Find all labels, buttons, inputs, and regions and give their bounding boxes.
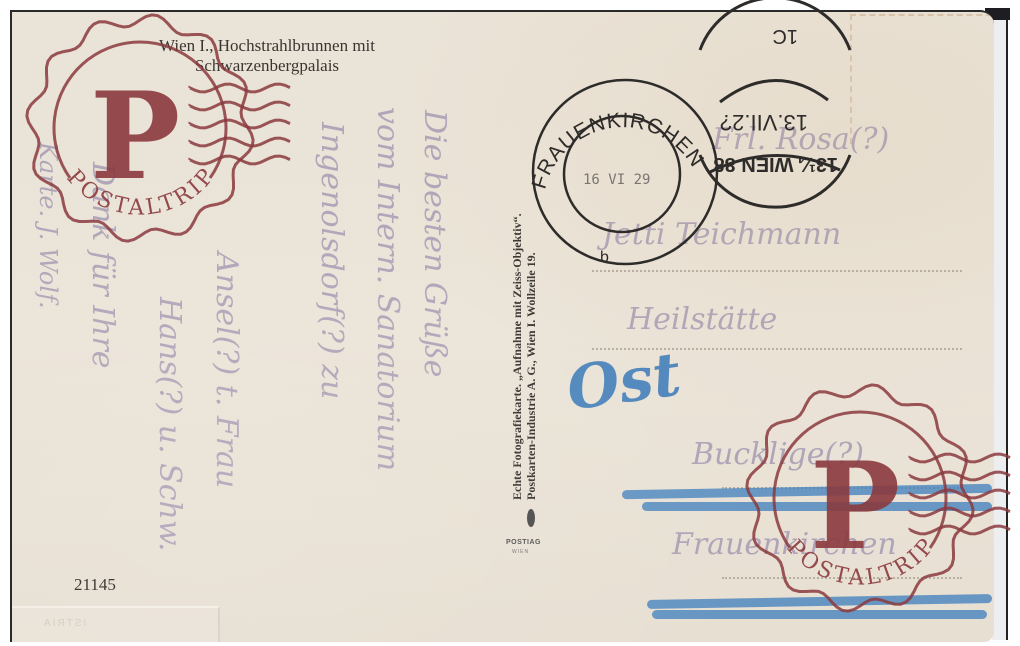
postmark-wien: 13.VII.2? 13¼ WIEN 88 1C bbox=[700, 0, 850, 207]
svg-text:P: P bbox=[90, 66, 180, 207]
svg-text:1C: 1C bbox=[772, 25, 798, 47]
logo-figure-icon bbox=[527, 509, 535, 527]
postmark-letter: b bbox=[600, 249, 609, 266]
stamps-overlay: FRAUENKIRCHEN 16 VI 29 b 13.VII.2? 13¼ W… bbox=[0, 0, 1020, 646]
svg-text:13¼ WIEN 88: 13¼ WIEN 88 bbox=[713, 153, 838, 175]
svg-text:P: P bbox=[810, 436, 900, 577]
postaltrip-watermark: PPOSTALTRIP bbox=[27, 15, 290, 241]
postaltrip-watermark: PPOSTALTRIP bbox=[747, 385, 1010, 611]
svg-text:13.VII.2?: 13.VII.2? bbox=[720, 110, 808, 135]
postmark-date: 16 VI 29 bbox=[583, 172, 650, 188]
